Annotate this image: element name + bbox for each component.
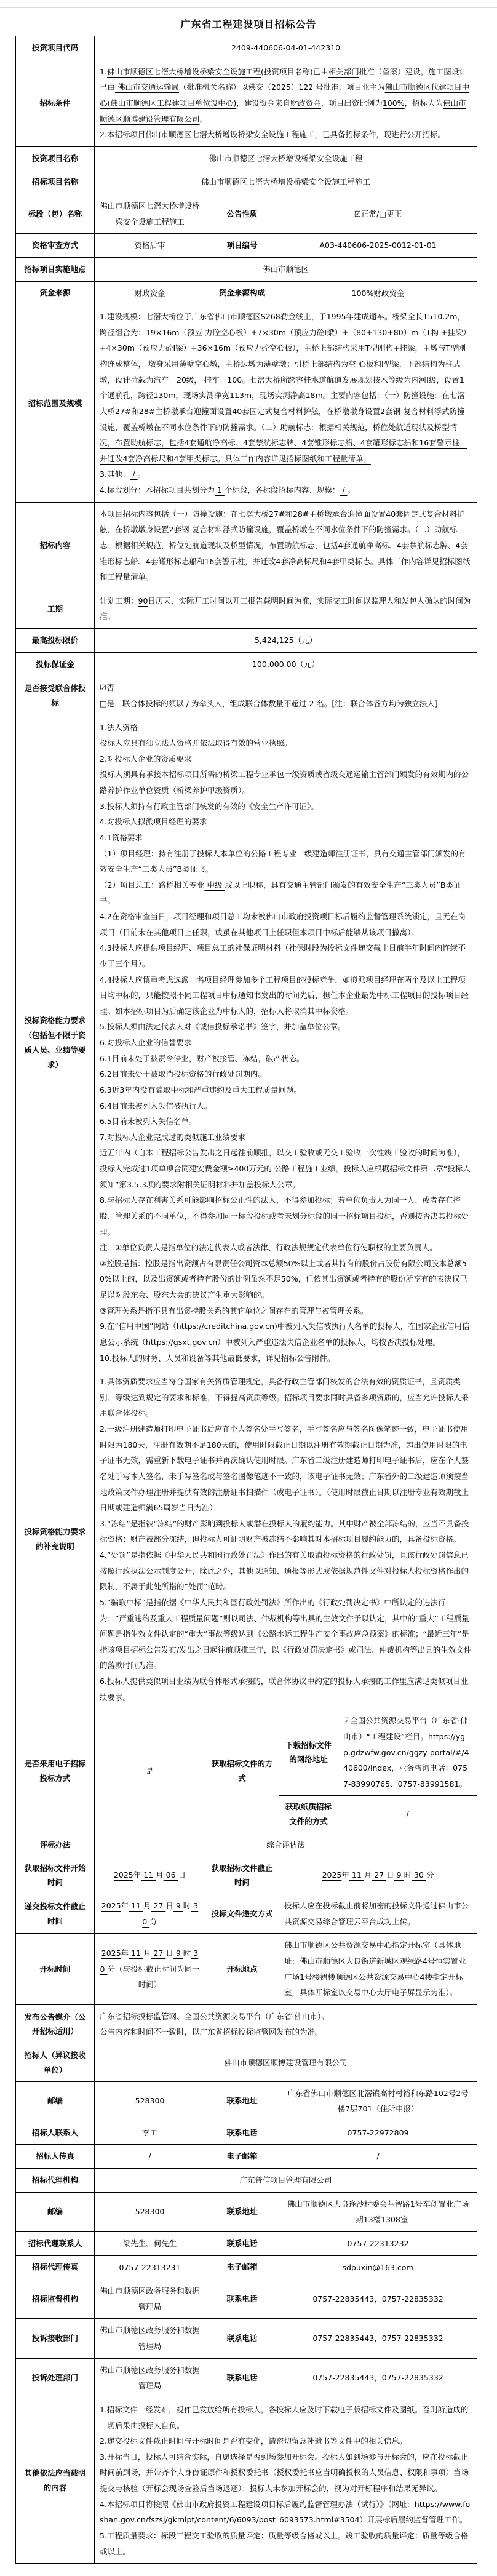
section-package-value: 佛山市顺德区七滘大桥增设桥梁安全设施工程施工 bbox=[95, 194, 205, 234]
funding-composition-value: 100%财政资金 bbox=[279, 281, 477, 305]
invest-name-label: 投资项目名称 bbox=[16, 146, 95, 170]
project-number-value: A03-440606-2025-0012-01-01 bbox=[279, 234, 477, 258]
doc-start-time-value: 2025年 11 月 06 日 bbox=[95, 1857, 205, 1894]
bid-opening-place-value: 佛山市顺德区公共资源交易中心指定开标室（具体地址：佛山市顺德区大良街道新城区观绿… bbox=[279, 1934, 477, 2005]
tender-conditions-value: 1.佛山市顺德区七滘大桥增设桥梁安全设施工程(投资项目名称)已由相关部门批准（备… bbox=[95, 60, 477, 146]
row-funding: 资金来源 财政资金 资金来源构成 100%财政资金 bbox=[16, 281, 477, 305]
row-max-price: 最高投标限价 5,424,125（元） bbox=[16, 629, 477, 653]
invest-code-value: 2409-440606-04-01-442310 bbox=[95, 36, 477, 60]
deposit-value: 100,000.00（元） bbox=[95, 652, 477, 676]
tender-name-label: 招标项目名称 bbox=[16, 170, 95, 194]
bid-opening-time-value: 2025年 11 月 27 日 9 时 30 分（与投标截止时间为同一时间） bbox=[95, 1934, 205, 2005]
tenderer-contact-label: 招标人联系人 bbox=[16, 2121, 95, 2145]
supervisor-value: 佛山市顺德区政务服务和数据管理局 bbox=[95, 2279, 205, 2319]
agency-zip-value: 528300 bbox=[95, 2192, 205, 2231]
scope-label: 招标范围及规模 bbox=[16, 305, 95, 503]
complaint-handler-label: 投诉处理部门 bbox=[16, 2358, 95, 2398]
row-location: 招标项目实施地点 佛山市顺德区 bbox=[16, 257, 477, 281]
tender-name-value: 佛山市顺德区七滘大桥增设桥梁安全设施工程施工 bbox=[95, 170, 477, 194]
row-complaint-receiver: 投诉接收部门 佛山市顺德区政务服务和数据管理局 联系电话 0757-228354… bbox=[16, 2319, 477, 2358]
qualification-supplement-label: 投标资格能力要求的补充说明 bbox=[16, 1370, 95, 1709]
agency-address-label: 联系地址 bbox=[205, 2192, 279, 2231]
complaint-handler-phone-value: 0757-22835443，0757-22835332 bbox=[279, 2358, 477, 2398]
row-tender-name: 招标项目名称 佛山市顺德区七滘大桥增设桥梁安全设施工程施工 bbox=[16, 170, 477, 194]
supervisor-phone-label: 联系电话 bbox=[205, 2279, 279, 2319]
complaint-handler-value: 佛山市顺德区政务服务和数据管理局 bbox=[95, 2358, 205, 2398]
row-submit-deadline: 递交投标文件截止时间 2025年 11 月 27 日 9 时 30 分 投标文件… bbox=[16, 1894, 477, 1934]
duration-label: 工期 bbox=[16, 589, 95, 628]
qualification-mode-label: 资格审查方式 bbox=[16, 234, 95, 258]
row-other-content: 其他依法应当载明的内容 1.招标文件一经发布，视作已发放给所有投标人，各投标人应… bbox=[16, 2398, 477, 2563]
notice-nature-label: 公告性质 bbox=[205, 194, 279, 234]
tender-content-value: 本项目招标内容包括（一）防撞设施：在七滘大桥27#和28#主桥墩承台迎撞面设置4… bbox=[95, 502, 477, 589]
tenderer-fax-label: 招标人传真 bbox=[16, 2145, 95, 2169]
row-agency-contact: 招标代理联系人 梁先生、何先生 联系电话 0757-22313232 bbox=[16, 2231, 477, 2255]
tenderer-zip-label: 邮编 bbox=[16, 2081, 95, 2121]
row-tenderer-fax: 招标人传真 / 电子邮箱 / bbox=[16, 2145, 477, 2169]
complaint-handler-phone-label: 联系电话 bbox=[205, 2358, 279, 2398]
doc-start-time-label: 获取招标文件开始时间 bbox=[16, 1857, 95, 1894]
agency-contact-value: 梁先生、何先生 bbox=[95, 2231, 205, 2255]
row-doc-time: 获取招标文件开始时间 2025年 11 月 06 日 获取招标文件截止时间 20… bbox=[16, 1857, 477, 1894]
submit-method-value: 投标人应在投标截止前将加密的投标文件通过佛山市公共资源交易综合管理云平台成功上传… bbox=[279, 1894, 477, 1934]
complaint-receiver-phone-label: 联系电话 bbox=[205, 2319, 279, 2358]
row-section-package: 标段（包）名称 佛山市顺德区七滘大桥增设桥梁安全设施工程施工 公告性质 ☑正常/… bbox=[16, 194, 477, 234]
row-qualification-supplement: 投标资格能力要求的补充说明 1.具体资质要求应当符合国家有关资质管理规定，具备行… bbox=[16, 1370, 477, 1709]
other-content-label: 其他依法应当载明的内容 bbox=[16, 2398, 95, 2563]
max-price-value: 5,424,125（元） bbox=[95, 629, 477, 653]
tenderer-value: 佛山市顺德区顺博建设管理有限公司 bbox=[95, 2044, 477, 2082]
paper-doc-method-value: / bbox=[338, 1796, 477, 1833]
qualification-mode-value: 资格后审 bbox=[95, 234, 205, 258]
funding-composition-label: 资金来源构成 bbox=[205, 281, 279, 305]
doc-download-url-label: 下载招标文件的网络地址 bbox=[279, 1709, 338, 1796]
agency-label: 招标代理机构 bbox=[16, 2169, 95, 2193]
joint-venture-label: 是否接受联合体投标 bbox=[16, 676, 95, 716]
media-label: 发布公告媒介（公开招标适用） bbox=[16, 2004, 95, 2044]
row-bid-opening: 开标时间 2025年 11 月 27 日 9 时 30 分（与投标截止时间为同一… bbox=[16, 1934, 477, 2005]
qualification-supplement-value: 1.具体资质要求应当符合国家有关资质管理规定，具备行政主管部门核发的合法有效的资… bbox=[95, 1370, 477, 1709]
row-agency-fax: 招标代理传真 0757-22313231 电子邮箱 sdpuxin@163.co… bbox=[16, 2255, 477, 2279]
row-tenderer: 招标人（异议接收单位） 佛山市顺德区顺博建设管理有限公司 bbox=[16, 2044, 477, 2082]
funding-source-label: 资金来源 bbox=[16, 281, 95, 305]
complaint-receiver-phone-value: 0757-22835443，0757-22835332 bbox=[279, 2319, 477, 2358]
row-qualification-mode: 资格审查方式 资格后审 项目编号 A03-440606-2025-0012-01… bbox=[16, 234, 477, 258]
submit-deadline-value: 2025年 11 月 27 日 9 时 30 分 bbox=[95, 1894, 205, 1934]
agency-value: 广东普信项目管理有限公司 bbox=[95, 2169, 477, 2193]
tender-conditions-label: 招标条件 bbox=[16, 60, 95, 146]
submit-deadline-label: 递交投标文件截止时间 bbox=[16, 1894, 95, 1934]
agency-fax-label: 招标代理传真 bbox=[16, 2255, 95, 2279]
agency-email-label: 电子邮箱 bbox=[205, 2255, 279, 2279]
complaint-receiver-value: 佛山市顺德区政务服务和数据管理局 bbox=[95, 2319, 205, 2358]
row-tender-conditions: 招标条件 1.佛山市顺德区七滘大桥增设桥梁安全设施工程(投资项目名称)已由相关部… bbox=[16, 60, 477, 146]
bid-opening-place-label: 开标地点 bbox=[205, 1934, 279, 2005]
agency-phone-value: 0757-22313232 bbox=[279, 2231, 477, 2255]
duration-value: 计划工期：90日历天，实际开工时间以开工报告载明时间为准，实际交工时间以监理人和… bbox=[95, 589, 477, 628]
location-value: 佛山市顺德区 bbox=[95, 257, 477, 281]
media-value: 广东省招标投标监管网、全国公共资源交易平台（广东省·佛山市）。公告内容和时间不一… bbox=[95, 2004, 477, 2044]
row-duration: 工期 计划工期：90日历天，实际开工时间以开工报告载明时间为准，实际交工时间以监… bbox=[16, 589, 477, 628]
tenderer-zip-value: 528300 bbox=[95, 2081, 205, 2121]
ebidding-label: 是否采用电子招标投标方式 bbox=[16, 1709, 95, 1833]
doc-deadline-value: 2025年 11 月 27 日 9 时 30 分 bbox=[279, 1857, 477, 1894]
row-invest-code: 投资项目代码 2409-440606-04-01-442310 bbox=[16, 36, 477, 60]
tender-content-label: 招标内容 bbox=[16, 502, 95, 589]
supervisor-phone-value: 0757-22835443，0757-22835332 bbox=[279, 2279, 477, 2319]
doc-deadline-label: 获取招标文件截止时间 bbox=[205, 1857, 279, 1894]
ebidding-value: 是 bbox=[95, 1709, 205, 1833]
tenderer-fax-value: / bbox=[95, 2145, 205, 2169]
agency-address-value: 佛山市顺德区大良逢沙村委会莘智路1号车创置业广场一期13楼1308室 bbox=[279, 2192, 477, 2231]
bid-opening-time-label: 开标时间 bbox=[16, 1934, 95, 2005]
tender-announcement-table: 投资项目代码 2409-440606-04-01-442310 招标条件 1.佛… bbox=[15, 36, 477, 2564]
agency-email-value: sdpuxin@163.com bbox=[279, 2255, 477, 2279]
row-tender-content: 招标内容 本项目招标内容包括（一）防撞设施：在七滘大桥27#和28#主桥墩承台迎… bbox=[16, 502, 477, 589]
page-title: 广东省工程建设项目招标公告 bbox=[0, 17, 497, 31]
tenderer-address-label: 联系地址 bbox=[205, 2081, 279, 2121]
scope-value: 1.建设规模：七滘大桥位于广东省佛山市顺德区S268勒金线上，于1995年建成通… bbox=[95, 305, 477, 503]
row-media: 发布公告媒介（公开招标适用） 广东省招标投标监管网、全国公共资源交易平台（广东省… bbox=[16, 2004, 477, 2044]
row-supervisor: 招标监督机构 佛山市顺德区政务服务和数据管理局 联系电话 0757-228354… bbox=[16, 2279, 477, 2319]
bidder-qualification-value: 1.法人资格投标人应具有独立法人资格并依法取得有效的营业执照。2.对投标人企业的… bbox=[95, 716, 477, 1370]
eval-method-value: 综合评估法 bbox=[95, 1833, 477, 1857]
row-tenderer-contact: 招标人联系人 李工 联系电话 0757-22972809 bbox=[16, 2121, 477, 2145]
invest-name-value: 佛山市顺德区七滘大桥增设桥梁安全设施工程 bbox=[95, 146, 477, 170]
notice-nature-value: ☑正常/□更正 bbox=[279, 194, 477, 234]
tenderer-contact-value: 李工 bbox=[95, 2121, 205, 2145]
row-complaint-handler: 投诉处理部门 佛山市顺德区政务服务和数据管理局 联系电话 0757-228354… bbox=[16, 2358, 477, 2398]
agency-contact-label: 招标代理联系人 bbox=[16, 2231, 95, 2255]
doc-obtain-method-label: 获取招标文件的方式 bbox=[205, 1709, 279, 1833]
row-invest-name: 投资项目名称 佛山市顺德区七滘大桥增设桥梁安全设施工程 bbox=[16, 146, 477, 170]
agency-fax-value: 0757-22313231 bbox=[95, 2255, 205, 2279]
max-price-label: 最高投标限价 bbox=[16, 629, 95, 653]
doc-download-url-value: ☑全国公共资源交易平台（广东省·佛山市）“工程建设”栏目。https://ygp… bbox=[338, 1709, 477, 1796]
tenderer-phone-value: 0757-22972809 bbox=[279, 2121, 477, 2145]
row-bidder-qualification: 投标资格能力要求（包括但不限于资质人员、业绩等要求） 1.法人资格投标人应具有独… bbox=[16, 716, 477, 1370]
row-agency: 招标代理机构 广东普信项目管理有限公司 bbox=[16, 2169, 477, 2193]
complaint-receiver-label: 投诉接收部门 bbox=[16, 2319, 95, 2358]
row-agency-zip: 邮编 528300 联系地址 佛山市顺德区大良逢沙村委会莘智路1号车创置业广场一… bbox=[16, 2192, 477, 2231]
agency-phone-label: 联系电话 bbox=[205, 2231, 279, 2255]
bidder-qualification-label: 投标资格能力要求（包括但不限于资质人员、业绩等要求） bbox=[16, 716, 95, 1370]
tenderer-email-label: 电子邮箱 bbox=[205, 2145, 279, 2169]
section-package-label: 标段（包）名称 bbox=[16, 194, 95, 234]
other-content-value: 1.招标文件一经发布，视作已发放给所有投标人，各投标人应及时下载电子版招标文件及… bbox=[95, 2398, 477, 2563]
row-joint-venture: 是否接受联合体投标 ☑否□是，联合体投标的须以 / 为牵头人，组成联合体数量不超… bbox=[16, 676, 477, 716]
tenderer-label: 招标人（异议接收单位） bbox=[16, 2044, 95, 2082]
location-label: 招标项目实施地点 bbox=[16, 257, 95, 281]
funding-source-value: 财政资金 bbox=[95, 281, 205, 305]
row-ebidding: 是否采用电子招标投标方式 是 获取招标文件的方式 下载招标文件的网络地址 ☑全国… bbox=[16, 1709, 477, 1796]
invest-code-label: 投资项目代码 bbox=[16, 36, 95, 60]
project-number-label: 项目编号 bbox=[205, 234, 279, 258]
submit-method-label: 投标文件递交方式 bbox=[205, 1894, 279, 1934]
top-divider bbox=[0, 7, 497, 8]
tenderer-address-value: 广东省佛山市顺德区北滘镇高村村裕和东路102号2号楼7层701（住所申报） bbox=[279, 2081, 477, 2121]
row-deposit: 投标保证金 100,000.00（元） bbox=[16, 652, 477, 676]
deposit-label: 投标保证金 bbox=[16, 652, 95, 676]
joint-venture-value: ☑否□是，联合体投标的须以 / 为牵头人，组成联合体数量不超过 2 名。[注：联… bbox=[95, 676, 477, 716]
row-tenderer-zip: 邮编 528300 联系地址 广东省佛山市顺德区北滘镇高村村裕和东路102号2号… bbox=[16, 2081, 477, 2121]
row-scope: 招标范围及规模 1.建设规模：七滘大桥位于广东省佛山市顺德区S268勒金线上，于… bbox=[16, 305, 477, 503]
supervisor-label: 招标监督机构 bbox=[16, 2279, 95, 2319]
agency-zip-label: 邮编 bbox=[16, 2192, 95, 2231]
row-eval-method: 评标办法 综合评估法 bbox=[16, 1833, 477, 1857]
paper-doc-method-label: 获取纸质招标文件的方式 bbox=[279, 1796, 338, 1833]
eval-method-label: 评标办法 bbox=[16, 1833, 95, 1857]
tenderer-phone-label: 联系电话 bbox=[205, 2121, 279, 2145]
tenderer-email-value: / bbox=[279, 2145, 477, 2169]
